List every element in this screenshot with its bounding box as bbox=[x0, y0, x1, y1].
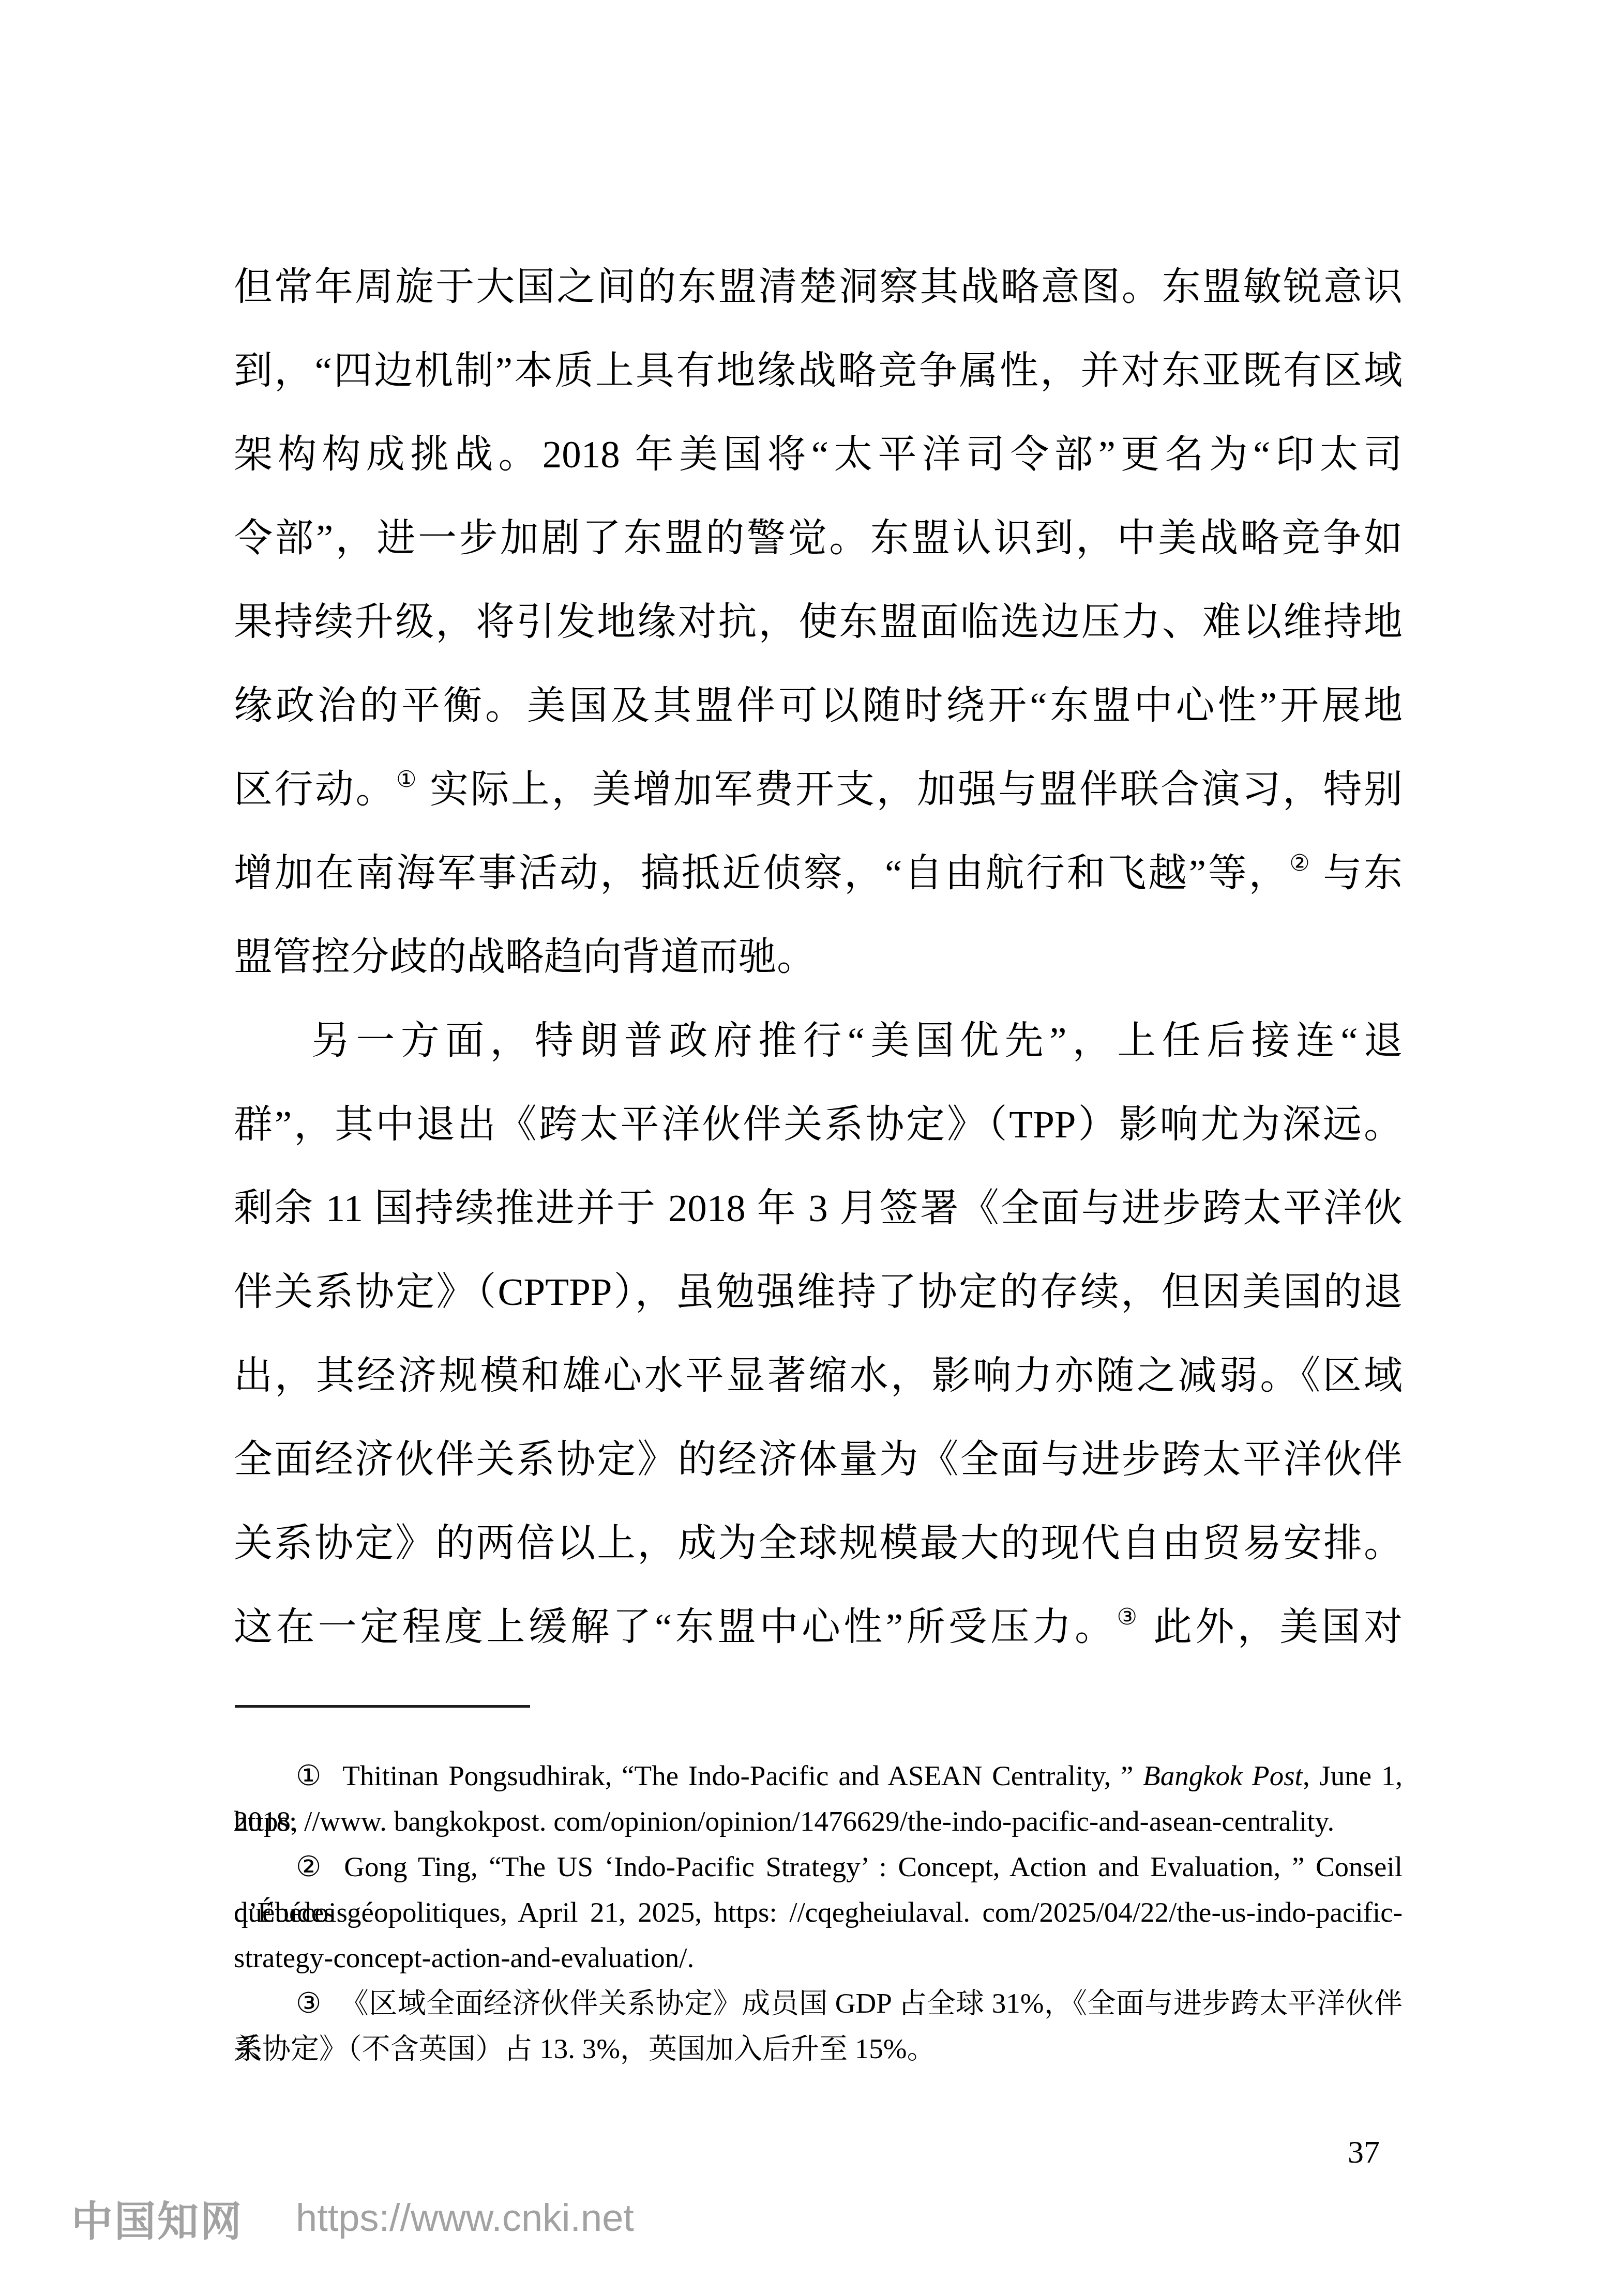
body-line-text: 但常年周旋于大国之间的东盟清楚洞察其战略意图。东盟敏锐意识 bbox=[234, 266, 1403, 309]
body-line-text: 到，“四边机制”本质上具有地缘战略竞争属性，并对东亚既有区域 bbox=[234, 349, 1403, 392]
body-line: 盟管控分歧的战略趋向背道而驰。 bbox=[234, 916, 1403, 999]
footnote-1-url: https: //www. bangkokpost. com/opinion/o… bbox=[234, 1805, 1334, 1837]
body-line: 但常年周旋于大国之间的东盟清楚洞察其战略意图。东盟敏锐意识 bbox=[234, 246, 1403, 329]
body-line: 架构构成挑战。2018 年美国将“太平洋司令部”更名为“印太司 bbox=[234, 413, 1403, 497]
body-line-text: 区行动。 bbox=[234, 768, 396, 811]
body-line-text: 实际上，美增加军费开支，加强与盟伴联合演习，特别 bbox=[418, 768, 1403, 811]
body-line-text: 增加在南海军事活动，搞抵近侦察，“自由航行和飞越”等， bbox=[234, 852, 1289, 895]
body-line: 缘政治的平衡。美国及其盟伴可以随时绕开“东盟中心性”开展地 bbox=[234, 664, 1403, 748]
body-line-text: 与东 bbox=[1311, 852, 1403, 895]
body-line: 这在一定程度上缓解了“东盟中心性”所受压力。③ 此外，美国对 bbox=[234, 1586, 1403, 1669]
footnote-2-text: d’Études géopolitiques, April 21, 2025, … bbox=[234, 1896, 1403, 1928]
body-line: 增加在南海军事活动，搞抵近侦察，“自由航行和飞越”等，② 与东 bbox=[234, 832, 1403, 916]
footnote-2-line: ②Gong Ting, “The US ‘Indo-Pacific Strate… bbox=[234, 1844, 1403, 1890]
footnote-2-url: strategy-concept-action-and-evaluation/. bbox=[234, 1942, 694, 1973]
body-line-text: 全面经济伙伴关系协定》的经济体量为《全面与进步跨太平洋伙伴 bbox=[234, 1438, 1403, 1481]
footnote-2-line: strategy-concept-action-and-evaluation/. bbox=[234, 1935, 1403, 1981]
body-line-text: 果持续升级，将引发地缘对抗，使东盟面临选边压力、难以维持地 bbox=[234, 601, 1403, 644]
body-line-text: 伴关系协定》（CPTPP），虽勉强维持了协定的存续，但因美国的退 bbox=[234, 1271, 1403, 1314]
body-line: 群”，其中退出《跨太平洋伙伴关系协定》（TPP）影响尤为深远。 bbox=[234, 1083, 1403, 1167]
page-number: 37 bbox=[234, 2134, 1380, 2170]
body-line-text: 缘政治的平衡。美国及其盟伴可以随时绕开“东盟中心性”开展地 bbox=[234, 685, 1403, 727]
footnote-2-line: d’Études géopolitiques, April 21, 2025, … bbox=[234, 1890, 1403, 1935]
body-line: 果持续升级，将引发地缘对抗，使东盟面临选边压力、难以维持地 bbox=[234, 581, 1403, 664]
footnote-3-marker: ③ bbox=[296, 1987, 322, 2019]
body-line-text: 关系协定》的两倍以上，成为全球规模最大的现代自由贸易安排。 bbox=[234, 1522, 1403, 1565]
body-line: 令部”，进一步加剧了东盟的警觉。东盟认识到，中美战略竞争如 bbox=[234, 497, 1403, 581]
footnote-3-line: ③《区域全面经济伙伴关系协定》成员国 GDP 占全球 31%，《全面与进步跨太平… bbox=[234, 1981, 1403, 2026]
footnote-2-marker: ② bbox=[296, 1851, 325, 1882]
body-line-text: 此外，美国对 bbox=[1140, 1606, 1403, 1649]
body-line-text: 群”，其中退出《跨太平洋伙伴关系协定》（TPP）影响尤为深远。 bbox=[234, 1103, 1403, 1146]
footnote-1-line: https: //www. bangkokpost. com/opinion/o… bbox=[234, 1799, 1403, 1844]
body-line: 全面经济伙伴关系协定》的经济体量为《全面与进步跨太平洋伙伴 bbox=[234, 1418, 1403, 1502]
body-line: 区行动。① 实际上，美增加军费开支，加强与盟伴联合演习，特别 bbox=[234, 748, 1403, 832]
body-line: 关系协定》的两倍以上，成为全球规模最大的现代自由贸易安排。 bbox=[234, 1502, 1403, 1586]
body-line: 到，“四边机制”本质上具有地缘战略竞争属性，并对东亚既有区域 bbox=[234, 329, 1403, 413]
body-line: 另一方面，特朗普政府推行“美国优先”，上任后接连“退 bbox=[234, 999, 1403, 1083]
cnki-watermark: 中国知网 https://www.cnki.net bbox=[71, 2188, 634, 2247]
footnotes-section: ①Thitinan Pongsudhirak, “The Indo-Pacifi… bbox=[234, 1753, 1403, 2072]
footnote-3-line: 系协定》（不含英国）占 13. 3%，英国加入后升至 15%。 bbox=[234, 2026, 1403, 2072]
body-line-text: 出，其经济规模和雄心水平显著缩水，影响力亦随之减弱。《区域 bbox=[234, 1355, 1403, 1397]
body-line: 伴关系协定》（CPTPP），虽勉强维持了协定的存续，但因美国的退 bbox=[234, 1251, 1403, 1334]
document-page: 但常年周旋于大国之间的东盟清楚洞察其战略意图。东盟敏锐意识 到，“四边机制”本质… bbox=[0, 0, 1613, 2296]
footnote-ref-1: ① bbox=[396, 767, 418, 792]
body-line-text: 架构构成挑战。2018 年美国将“太平洋司令部”更名为“印太司 bbox=[234, 433, 1403, 476]
body-line-text: 另一方面，特朗普政府推行“美国优先”，上任后接连“退 bbox=[311, 1020, 1403, 1062]
footnote-1-text: Thitinan Pongsudhirak, “The Indo-Pacific… bbox=[342, 1760, 1143, 1791]
body-line: 剩余 11 国持续推进并于 2018 年 3 月签署《全面与进步跨太平洋伙 bbox=[234, 1167, 1403, 1251]
cnki-logo-text: 中国知网 bbox=[71, 2188, 243, 2247]
footnote-1-marker: ① bbox=[296, 1760, 324, 1791]
body-line: 出，其经济规模和雄心水平显著缩水，影响力亦随之减弱。《区域 bbox=[234, 1334, 1403, 1418]
body-line-text: 令部”，进一步加剧了东盟的警觉。东盟认识到，中美战略竞争如 bbox=[234, 517, 1403, 560]
footnote-1-source-italic: Bangkok Post bbox=[1143, 1760, 1303, 1791]
body-line-text: 盟管控分歧的战略趋向背道而驰。 bbox=[234, 936, 816, 979]
footnote-ref-3: ③ bbox=[1117, 1605, 1140, 1630]
body-text: 但常年周旋于大国之间的东盟清楚洞察其战略意图。东盟敏锐意识 到，“四边机制”本质… bbox=[234, 246, 1403, 1669]
footnote-3-text: 系协定》（不含英国）占 13. 3%，英国加入后升至 15%。 bbox=[234, 2033, 936, 2064]
body-line-text: 这在一定程度上缓解了“东盟中心性”所受压力。 bbox=[234, 1606, 1117, 1649]
cnki-url: https://www.cnki.net bbox=[296, 2196, 634, 2240]
body-line-text: 剩余 11 国持续推进并于 2018 年 3 月签署《全面与进步跨太平洋伙 bbox=[234, 1187, 1403, 1230]
footnote-separator bbox=[235, 1705, 530, 1708]
footnote-1-line: ①Thitinan Pongsudhirak, “The Indo-Pacifi… bbox=[234, 1753, 1403, 1799]
footnote-ref-2: ② bbox=[1289, 851, 1311, 876]
